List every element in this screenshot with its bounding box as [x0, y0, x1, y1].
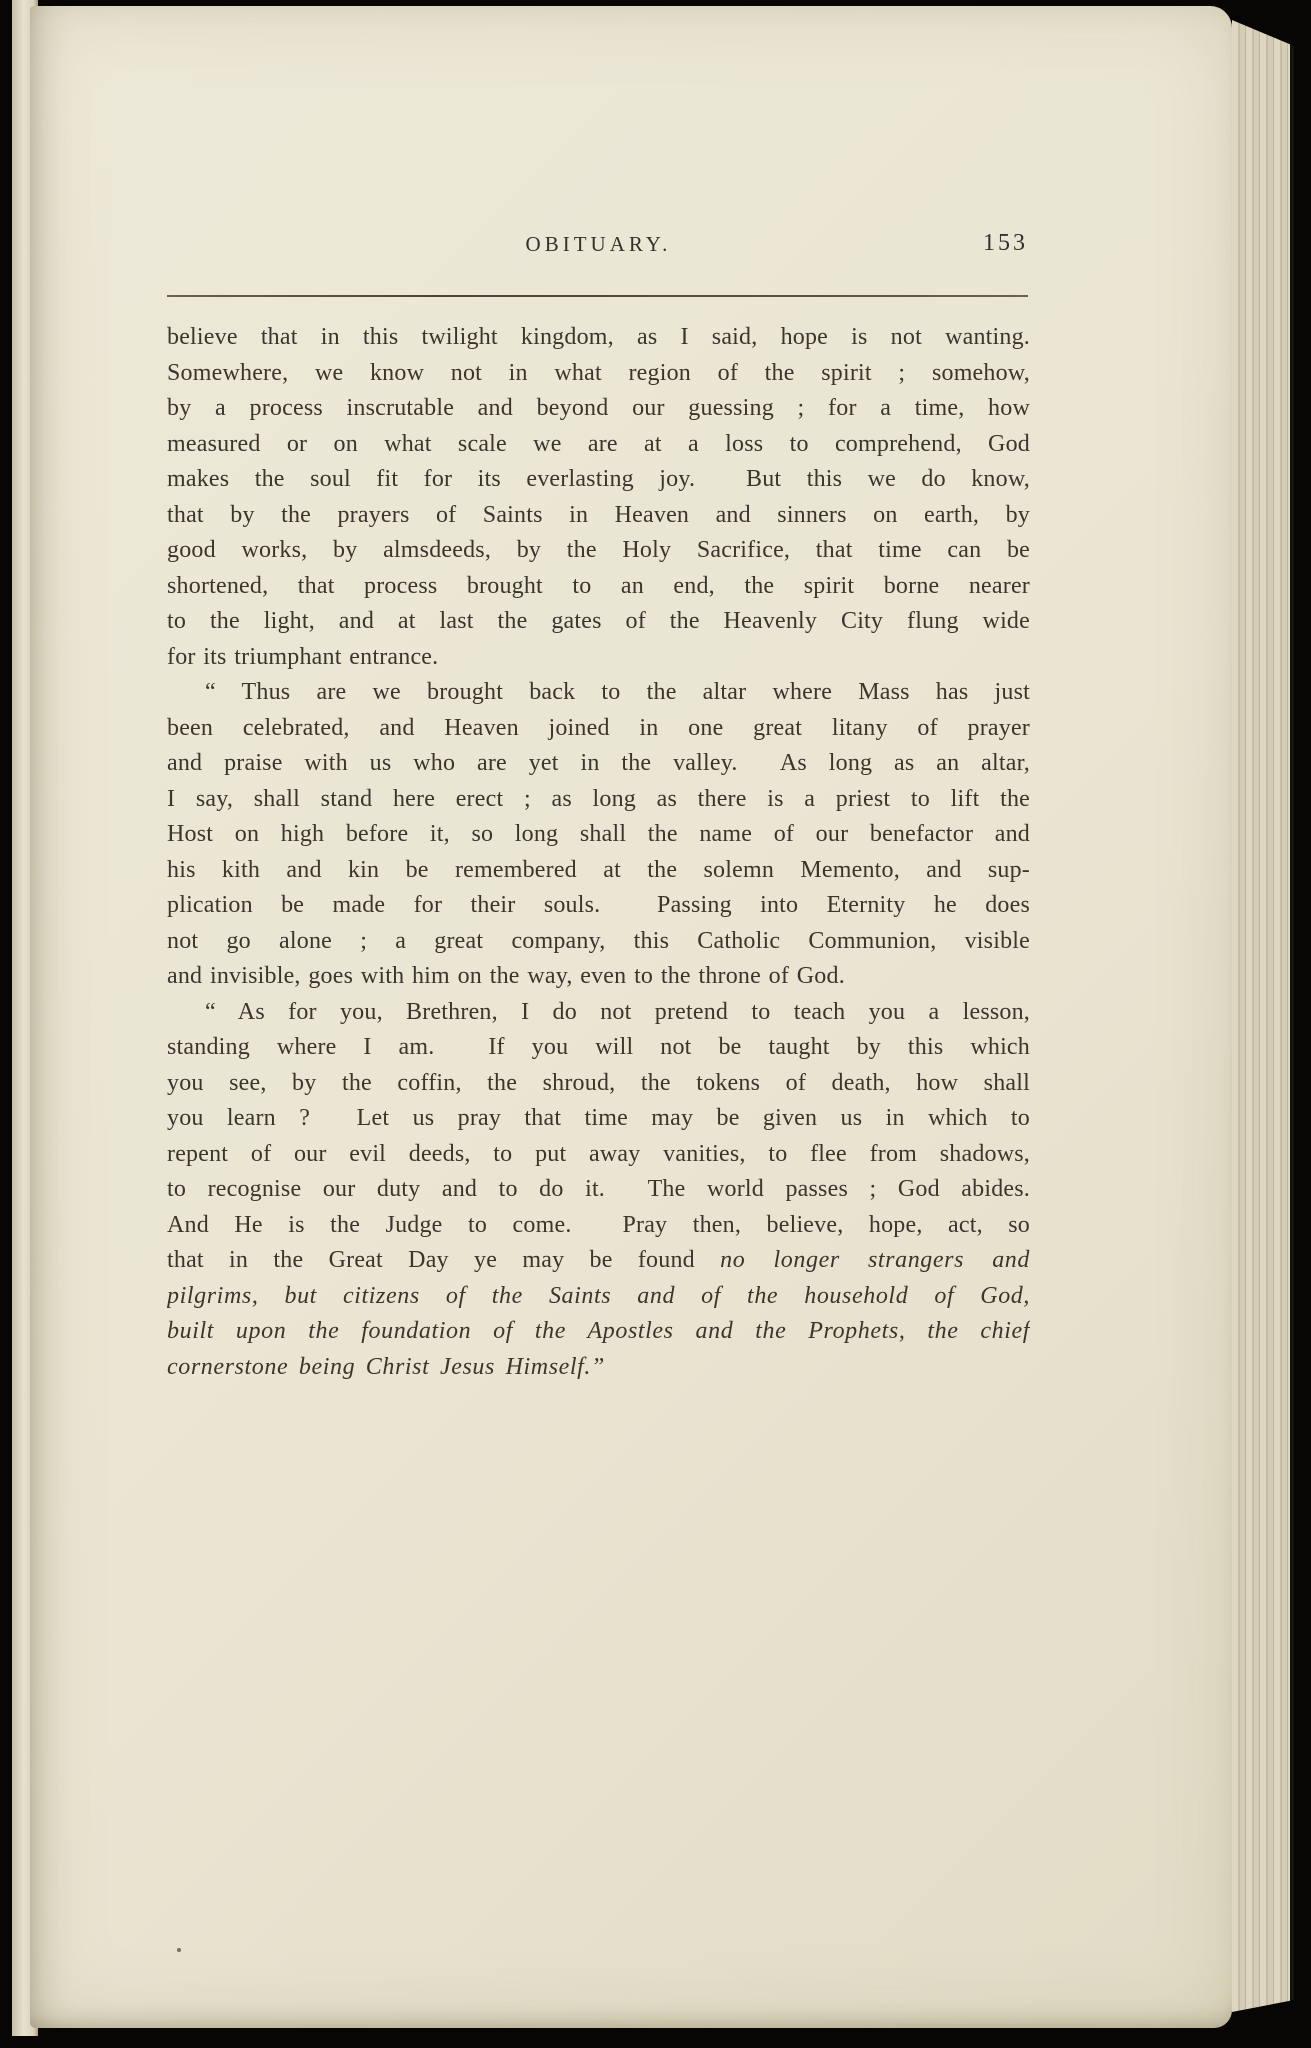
text-segment: plication be made for their souls. Passi… [167, 892, 1030, 918]
fore-edge-pages [1232, 12, 1294, 2012]
paragraph: “ Thus are we brought back to the altar … [167, 675, 1030, 995]
text-segment: that in the Great Day ye may be found [167, 1247, 720, 1273]
text-line: that by the prayers of Saints in Heaven … [167, 498, 1030, 534]
text-segment: shortened, that process brought to an en… [167, 573, 1030, 599]
text-line: you see, by the coffin, the shroud, the … [167, 1066, 1030, 1102]
text-segment: been celebrated, and Heaven joined in on… [167, 715, 1030, 741]
header-rule [167, 295, 1028, 297]
text-line: you learn ? Let us pray that time may be… [167, 1101, 1030, 1137]
text-segment: not go alone ; a great company, this Cat… [167, 928, 1030, 954]
text-line: standing where I am. If you will not be … [167, 1030, 1030, 1066]
text-segment: and invisible, goes with him on the way,… [167, 963, 845, 989]
text-line: to recognise our duty and to do it. The … [167, 1172, 1030, 1208]
text-line: to the light, and at last the gates of t… [167, 604, 1030, 640]
text-line: plication be made for their souls. Passi… [167, 888, 1030, 924]
text-segment: Somewhere, we know not in what region of… [167, 360, 1030, 386]
text-line: cornerstone being Christ Jesus Himself.” [167, 1350, 1030, 1386]
text-line: by a process inscrutable and beyond our … [167, 391, 1030, 427]
text-segment: measured or on what scale we are at a lo… [167, 431, 1030, 457]
text-line: measured or on what scale we are at a lo… [167, 427, 1030, 463]
text-line: “ As for you, Brethren, I do not pretend… [167, 995, 1030, 1031]
text-segment: repent of our evil deeds, to put away va… [167, 1141, 1030, 1167]
text-segment: and praise with us who are yet in the va… [167, 750, 1030, 776]
italic-text-segment: cornerstone being Christ Jesus Himself.” [167, 1354, 605, 1380]
text-line: his kith and kin be remembered at the so… [167, 853, 1030, 889]
italic-text-segment: built upon the foundation of the Apostle… [167, 1318, 1030, 1344]
text-segment: you see, by the coffin, the shroud, the … [167, 1070, 1030, 1096]
text-segment: you learn ? Let us pray that time may be… [167, 1105, 1030, 1131]
italic-text-segment: no longer strangers and [720, 1247, 1030, 1273]
text-line: makes the soul fit for its everlasting j… [167, 462, 1030, 498]
text-line: I say, shall stand here erect ; as long … [167, 782, 1030, 818]
text-line: “ Thus are we brought back to the altar … [167, 675, 1030, 711]
text-segment: Host on high before it, so long shall th… [167, 821, 1030, 847]
text-segment: And He is the Judge to come. Pray then, … [167, 1212, 1030, 1238]
scanned-book-photo: OBITUARY. 153 believe that in this twili… [0, 0, 1311, 2048]
text-line: that in the Great Day ye may be found no… [167, 1243, 1030, 1279]
text-line: built upon the foundation of the Apostle… [167, 1314, 1030, 1350]
text-segment: his kith and kin be remembered at the so… [167, 857, 1030, 883]
text-line: been celebrated, and Heaven joined in on… [167, 711, 1030, 747]
text-segment: makes the soul fit for its everlasting j… [167, 466, 1030, 492]
text-segment: “ Thus are we brought back to the altar … [205, 679, 1030, 705]
running-header: OBITUARY. 153 [167, 232, 1030, 266]
text-segment: standing where I am. If you will not be … [167, 1034, 1030, 1060]
text-line: and praise with us who are yet in the va… [167, 746, 1030, 782]
header-title: OBITUARY. [167, 232, 1030, 257]
italic-text-segment: pilgrims, but citizens of the Saints and… [167, 1283, 1030, 1309]
text-line: repent of our evil deeds, to put away va… [167, 1137, 1030, 1173]
text-segment: that by the prayers of Saints in Heaven … [167, 502, 1030, 528]
text-segment: to recognise our duty and to do it. The … [167, 1176, 1030, 1202]
text-block: believe that in this twilight kingdom, a… [167, 320, 1030, 1385]
paragraph: “ As for you, Brethren, I do not pretend… [167, 995, 1030, 1386]
text-segment: by a process inscrutable and beyond our … [167, 395, 1030, 421]
text-line: and invisible, goes with him on the way,… [167, 959, 1030, 995]
text-line: good works, by almsdeeds, by the Holy Sa… [167, 533, 1030, 569]
stray-ink-dot [177, 1948, 181, 1952]
text-line: Host on high before it, so long shall th… [167, 817, 1030, 853]
text-line: not go alone ; a great company, this Cat… [167, 924, 1030, 960]
text-line: believe that in this twilight kingdom, a… [167, 320, 1030, 356]
paragraph: believe that in this twilight kingdom, a… [167, 320, 1030, 675]
text-segment: for its triumphant entrance. [167, 644, 438, 670]
text-segment: “ As for you, Brethren, I do not pretend… [205, 999, 1030, 1025]
text-line: shortened, that process brought to an en… [167, 569, 1030, 605]
page-number: 153 [983, 230, 1028, 257]
book-page: OBITUARY. 153 believe that in this twili… [30, 6, 1232, 2028]
text-segment: to the light, and at last the gates of t… [167, 608, 1030, 634]
text-segment: good works, by almsdeeds, by the Holy Sa… [167, 537, 1030, 563]
text-segment: I say, shall stand here erect ; as long … [167, 786, 1030, 812]
text-line: for its triumphant entrance. [167, 640, 1030, 676]
text-line: Somewhere, we know not in what region of… [167, 356, 1030, 392]
text-line: pilgrims, but citizens of the Saints and… [167, 1279, 1030, 1315]
text-line: And He is the Judge to come. Pray then, … [167, 1208, 1030, 1244]
text-segment: believe that in this twilight kingdom, a… [167, 324, 1030, 350]
